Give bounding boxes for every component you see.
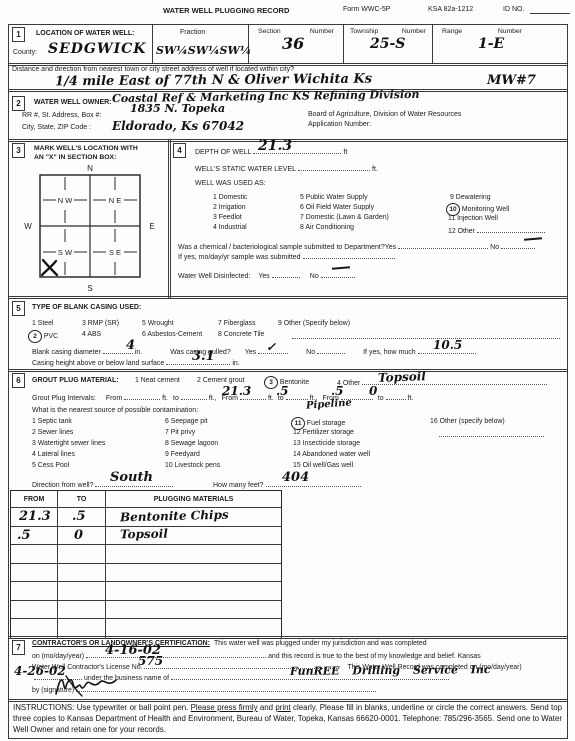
compass-w-label: W xyxy=(24,222,32,231)
casing-option: 3 RMP (SR) xyxy=(82,320,119,327)
from-value: .5 xyxy=(17,529,31,542)
from-value: 21.3 xyxy=(19,510,51,523)
use-option: 1 Domestic xyxy=(213,194,247,201)
dotted-blank xyxy=(501,241,535,249)
fraction-value: SW¼SW¼SW¼ xyxy=(156,45,251,56)
interval3-from-value: .5 xyxy=(331,385,344,397)
chemical-sample-line: Was a chemical / bacteriological sample … xyxy=(178,241,537,251)
ft-unit: ft. xyxy=(408,395,414,402)
use-option: 7 Domestic (Lawn & Garden) xyxy=(300,214,389,221)
no-label: No xyxy=(306,349,315,356)
number-label: Number xyxy=(310,28,334,35)
ft-unit: ft. xyxy=(268,395,274,402)
quadrant-nw-label: N W xyxy=(58,196,74,205)
compass-n-label: N xyxy=(87,164,93,173)
col-divider xyxy=(432,24,433,64)
yes-label: Yes xyxy=(245,349,256,356)
dotted-blank xyxy=(439,429,544,437)
township-column-header: Township Number xyxy=(350,28,426,35)
section2-number-box: 2 xyxy=(12,96,25,111)
contamination-option: 5 Cess Pool xyxy=(32,462,69,469)
table-cell: .5 xyxy=(11,527,58,546)
table-header-from: FROM xyxy=(11,491,58,508)
grout-option: 2 Cement grout xyxy=(197,377,245,384)
use-option: 2 Irrigation xyxy=(213,204,246,211)
ft-unit: ft., xyxy=(209,395,217,402)
instructions-label: INSTRUCTIONS: xyxy=(13,703,74,712)
table-cell xyxy=(11,582,58,601)
table-cell xyxy=(58,601,106,620)
township-value: 25-S xyxy=(370,37,405,51)
ft-unit: ft. xyxy=(162,395,168,402)
monitoring-well-label: Monitoring Well xyxy=(462,206,509,213)
contamination-option: 15 Oil well/Gas well xyxy=(293,462,353,469)
direction-from-well-line: Direction from well? xyxy=(32,479,175,489)
business-name-value: FunREE Drilling Service Inc xyxy=(290,664,491,677)
contamination-option: 8 Sewage lagoon xyxy=(165,440,218,447)
direction-value: South xyxy=(110,471,153,484)
dotted-blank xyxy=(286,392,308,400)
county-label: County: xyxy=(13,49,37,56)
contamination-option: 14 Abandoned water well xyxy=(293,451,370,458)
casing-pulled-yes-check: ✓ xyxy=(266,341,276,353)
table-cell xyxy=(106,582,281,601)
dotted-blank xyxy=(266,479,361,487)
in-unit: in. xyxy=(135,349,142,356)
plugging-materials-table: FROM TO PLUGGING MATERIALS 21.3 .5 Bento… xyxy=(10,490,282,639)
disinfected-label: Water Well Disinfected: xyxy=(178,273,250,280)
feet-label: How many feet? xyxy=(213,482,264,489)
table-header-materials: PLUGGING MATERIALS xyxy=(106,491,281,508)
disinfected-line: Water Well Disinfected:YesNo xyxy=(178,270,357,280)
contamination-option: 1 Septic tank xyxy=(32,418,72,425)
ft-unit: ft. xyxy=(372,166,378,173)
handwritten-x-mark xyxy=(42,260,57,275)
owner-address-value: 1835 N. Topeka xyxy=(130,103,225,114)
dotted-blank xyxy=(272,270,300,278)
contamination-option: 3 Watertight sewer lines xyxy=(32,440,105,447)
material-value: Topsoil xyxy=(120,527,168,540)
no-label: No xyxy=(310,273,319,280)
application-number-label: Application Number: xyxy=(308,121,371,128)
contamination-option: 13 Insecticide storage xyxy=(293,440,360,447)
contamination-option: 7 Pit privy xyxy=(165,429,195,436)
section-box-diagram: N S W E N W N E S W S E xyxy=(12,160,162,294)
section1-number-box: 1 xyxy=(12,27,25,42)
form-title: WATER WELL PLUGGING RECORD xyxy=(163,6,289,15)
table-cell: 0 xyxy=(58,527,106,546)
table-cell xyxy=(11,545,58,564)
number-label: Number xyxy=(402,28,426,35)
material-value: Bentonite Chips xyxy=(120,509,229,524)
no-label: No xyxy=(490,244,499,251)
contamination-label: What is the nearest source of possible c… xyxy=(32,407,198,414)
mark-location-title-1: MARK WELL'S LOCATION WITH xyxy=(34,145,138,152)
use-option: 8 Air Conditioning xyxy=(300,224,354,231)
casing-option: 7 Fiberglass xyxy=(218,320,256,327)
dotted-blank xyxy=(124,392,160,400)
if-yes-label: If yes, mo/day/yr sample was submitted xyxy=(178,254,301,261)
dotted-blank xyxy=(398,241,488,249)
table-cell xyxy=(58,545,106,564)
dotted-blank xyxy=(317,346,345,354)
col-divider xyxy=(152,24,153,64)
contamination-option: 9 Feedyard xyxy=(165,451,200,458)
id-no-label: ID NO. xyxy=(503,6,524,13)
static-water-level-line: WELL'S STATIC WATER LEVELft. xyxy=(195,163,378,173)
how-much-label: If yes, how much xyxy=(363,349,416,356)
quadrant-se-label: S E xyxy=(109,248,121,257)
casing-title: TYPE OF BLANK CASING USED: xyxy=(32,304,141,311)
certification-line-2: on (mo/day/year)and this record is true … xyxy=(32,650,481,660)
depth-value: 21.3 xyxy=(258,139,292,153)
compass-s-label: S xyxy=(87,284,92,293)
intervals-label: Grout Plug Intervals: xyxy=(32,395,96,402)
use-option: 5 Public Water Supply xyxy=(300,194,368,201)
instructions-text: Use typewriter or ball point pen. xyxy=(74,703,190,712)
other-specify-blank xyxy=(437,429,546,439)
instructions-underlined-text: Please press firmly xyxy=(191,703,258,712)
dotted-blank xyxy=(477,225,545,233)
owner-title: WATER WELL OWNER: xyxy=(34,99,112,106)
form-number: Form WWC-5P xyxy=(343,6,390,13)
well-code-value: MW#7 xyxy=(487,74,536,87)
direction-label: Direction from well? xyxy=(32,482,93,489)
section6-number-box: 6 xyxy=(12,373,25,388)
interval2-from-value: 21.3 xyxy=(222,385,251,397)
diameter-label: Blank casing diameter xyxy=(32,349,101,356)
contamination-option-other: 16 Other (specify below) xyxy=(430,418,505,425)
if-yes-sample-line: If yes, mo/day/yr sample was submitted xyxy=(178,251,397,261)
table-cell xyxy=(106,564,281,583)
table-cell: Topsoil xyxy=(106,527,281,546)
use-option: 9 Dewatering xyxy=(450,194,491,201)
grout-other-value: Topsoil xyxy=(378,370,426,384)
diameter-value: 4 xyxy=(126,339,135,352)
dotted-blank xyxy=(303,251,395,259)
table-cell xyxy=(58,564,106,583)
circled-number-2: 2 xyxy=(28,330,42,343)
feet-value: 404 xyxy=(282,471,309,484)
fraction-label: Fraction xyxy=(180,29,205,36)
yes-label: Yes xyxy=(258,273,269,280)
static-level-label: WELL'S STATIC WATER LEVEL xyxy=(195,166,296,173)
distance-value: 1/4 mile East of 77th N & Oliver Wichita… xyxy=(55,73,372,89)
interval3-to-value: 0 xyxy=(369,385,377,397)
section1-title: LOCATION OF WATER WELL: xyxy=(36,30,135,37)
table-cell xyxy=(58,582,106,601)
casing-option: 6 Asbestos-Cement xyxy=(142,331,202,338)
contamination-option: 10 Livestock pens xyxy=(165,462,220,469)
quadrant-sw-label: S W xyxy=(58,248,73,257)
casing-height-value: 3.1 xyxy=(192,350,215,363)
grout-option: 1 Neat cement xyxy=(135,377,180,384)
dotted-blank xyxy=(321,270,355,278)
board-of-agriculture-label: Board of Agriculture, Division of Water … xyxy=(308,111,461,118)
grout-title: GROUT PLUG MATERIAL: xyxy=(32,377,119,384)
casing-height-label: Casing height above or below land surfac… xyxy=(32,360,164,367)
table-cell xyxy=(11,564,58,583)
contamination-option: 4 Lateral lines xyxy=(32,451,75,458)
table-cell: Bentonite Chips xyxy=(106,508,281,527)
county-value: SEDGWICK xyxy=(48,42,146,56)
water-well-plugging-record-form: WATER WELL PLUGGING RECORD Form WWC-5P K… xyxy=(0,0,575,741)
table-cell: 21.3 xyxy=(11,508,58,527)
quadrant-ne-label: N E xyxy=(109,196,122,205)
instructions-underlined-text: print xyxy=(275,703,290,712)
city-state-zip-label: City, State, ZIP Code : xyxy=(22,124,91,131)
id-no-blank-line xyxy=(530,13,570,14)
ksa-number: KSA 82a-1212 xyxy=(428,6,473,13)
dotted-blank xyxy=(181,392,207,400)
license-number-value: 575 xyxy=(138,655,163,667)
casing-option: 8 Concrete Tile xyxy=(218,331,264,338)
casing-option-pvc: 2 PVC xyxy=(28,330,58,343)
rr-address-label: RR #, St. Address, Box #: xyxy=(22,112,101,119)
use-option: 4 Industrial xyxy=(213,224,247,231)
certification-text: This water well was plugged under my jur… xyxy=(214,640,427,647)
use-option-other: 12 Other xyxy=(448,225,547,235)
other-label: 12 Other xyxy=(448,228,475,235)
yes-label: Yes xyxy=(385,244,396,251)
pvc-label: PVC xyxy=(44,333,58,340)
section5-number-box: 5 xyxy=(12,301,25,316)
range-column-header: Range Number xyxy=(442,28,522,35)
section4-number-box: 4 xyxy=(173,143,186,158)
on-date-label: on (mo/day/year) xyxy=(32,653,84,660)
certification-line-1: CONTRACTOR'S OR LANDOWNER'S CERTIFICATIO… xyxy=(32,640,427,647)
dotted-blank xyxy=(298,163,370,171)
use-option: 6 Oil Field Water Supply xyxy=(300,204,374,211)
range-label: Range xyxy=(442,28,462,35)
col-divider xyxy=(343,24,344,64)
contamination-option: 12 Fertilizer storage xyxy=(293,429,354,436)
from-label: From xyxy=(106,395,122,402)
other-specify-line xyxy=(290,331,562,341)
table-header-to: TO xyxy=(58,491,106,508)
casing-option: 9 Other (Specify below) xyxy=(278,320,350,327)
use-option: 11 Injection Well xyxy=(448,215,498,222)
in-unit: in. xyxy=(232,360,239,367)
table-cell xyxy=(106,601,281,620)
number-label: Number xyxy=(498,28,522,35)
dotted-blank xyxy=(386,392,406,400)
township-label: Township xyxy=(350,28,378,35)
instructions-paragraph: INSTRUCTIONS: Use typewriter or ball poi… xyxy=(13,702,562,735)
section7-number-box: 7 xyxy=(12,640,25,655)
how-much-value: 10.5 xyxy=(433,339,462,351)
casing-option: 4 ABS xyxy=(82,331,101,338)
fuel-storage-label: Fuel storage xyxy=(307,420,345,427)
section-value: 36 xyxy=(282,36,304,52)
signature-scribble xyxy=(52,672,122,698)
dotted-blank xyxy=(292,331,560,339)
chemical-sample-label: Was a chemical / bacteriological sample … xyxy=(178,244,385,251)
table-cell xyxy=(11,601,58,620)
contamination-option: 2 Sewer lines xyxy=(32,429,73,436)
compass-e-label: E xyxy=(149,222,154,231)
contamination-option: 6 Seepage pit xyxy=(165,418,208,425)
section-label: Section xyxy=(258,28,281,35)
interval2-to-value: .5 xyxy=(276,385,289,397)
casing-diameter-line: Blank casing diameterin.Was casing pulle… xyxy=(32,346,478,356)
section3-number-box: 3 xyxy=(12,143,25,158)
use-option: 3 Feedlot xyxy=(213,214,242,221)
certification-text: and this record is true to the best of m… xyxy=(268,653,481,660)
table-cell: .5 xyxy=(58,508,106,527)
instructions-text: and xyxy=(258,703,276,712)
to-label: to xyxy=(378,395,384,402)
casing-option: 1 Steel xyxy=(32,320,53,327)
city-state-zip-value: Eldorado, Ks 67042 xyxy=(112,120,244,132)
table-cell xyxy=(106,545,281,564)
to-value: 0 xyxy=(74,529,83,542)
to-value: .5 xyxy=(72,510,86,523)
to-label: to xyxy=(173,395,179,402)
ft-unit: ft xyxy=(343,149,347,156)
casing-option: 5 Wrought xyxy=(142,320,174,327)
well-used-as-label: WELL WAS USED AS: xyxy=(195,180,266,187)
range-value: 1-E xyxy=(478,37,504,51)
depth-label: DEPTH OF WELL xyxy=(195,149,251,156)
